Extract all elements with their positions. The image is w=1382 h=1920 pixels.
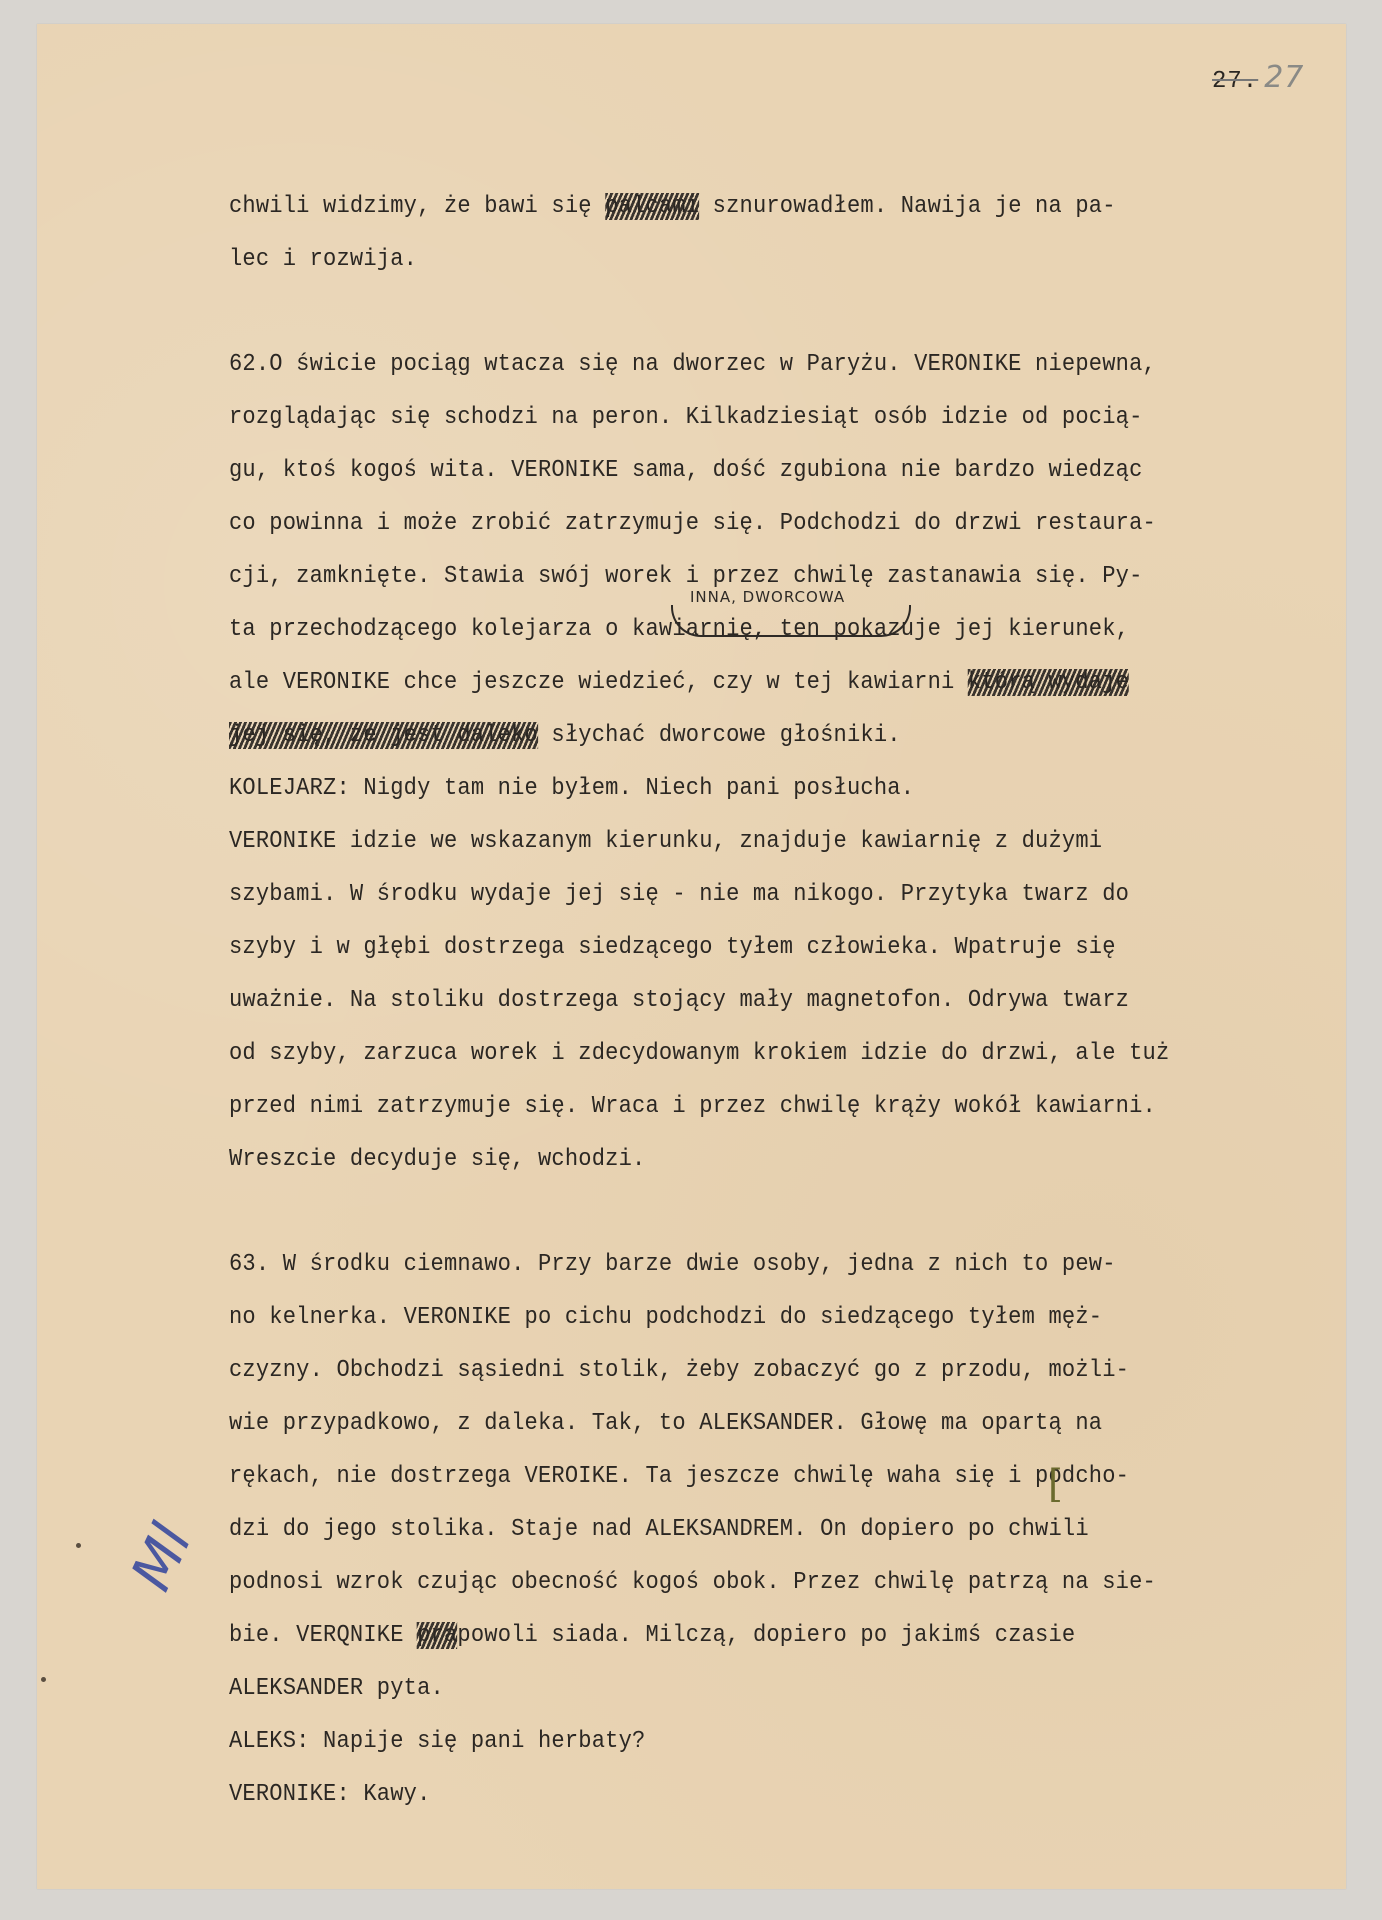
text-line: szyby i w głębi dostrzega siedzącego tył… xyxy=(229,933,1116,963)
page-number-typed: 27. xyxy=(1212,68,1258,95)
text-segment: uważnie. Na stoliku dostrzega stojący ma… xyxy=(229,987,1129,1014)
text-segment: 62.O świcie pociąg wtacza się na dworzec… xyxy=(229,351,1156,378)
text-segment: 63. W środku ciemnawo. Przy barze dwie o… xyxy=(229,1251,1116,1278)
text-segment: chwili widzimy, że bawi się xyxy=(229,193,605,220)
text-segment: co powinna i może zrobić zatrzymuje się.… xyxy=(229,510,1156,537)
text-line: wie przypadkowo, z daleka. Tak, to ALEKS… xyxy=(229,1409,1102,1439)
text-line: rozglądając się schodzi na peron. Kilkad… xyxy=(229,403,1143,433)
text-segment: ale VERONIKE chce jeszcze wiedzieć, czy … xyxy=(229,669,968,696)
text-line: 62.O świcie pociąg wtacza się na dworzec… xyxy=(229,350,1156,380)
page-number: 27.27 xyxy=(1212,60,1304,95)
text-line: 63. W środku ciemnawo. Przy barze dwie o… xyxy=(229,1250,1116,1280)
text-line: co powinna i może zrobić zatrzymuje się.… xyxy=(229,509,1156,539)
text-segment: sznurowadłem. Nawija je na pa- xyxy=(699,193,1115,220)
struck-through-text: którą wydaje xyxy=(968,669,1129,696)
struck-through-text: pra xyxy=(417,1622,457,1649)
text-segment: podnosi wzrok czując obecność kogoś obok… xyxy=(229,1569,1156,1596)
text-segment: VERONIKE: Kawy. xyxy=(229,1781,431,1808)
text-segment: powoli siada. Milczą, dopiero po jakimś … xyxy=(457,1622,1075,1649)
text-line: jej się, że jest daleko słychać dworcowe… xyxy=(229,721,901,751)
page-number-handwritten: 27 xyxy=(1264,60,1304,95)
struck-through-text: palcami xyxy=(605,193,699,220)
correction-mark: [ xyxy=(1048,1462,1063,1506)
text-line: szybami. W środku wydaje jej się - nie m… xyxy=(229,880,1129,910)
text-segment: wie przypadkowo, z daleka. Tak, to ALEKS… xyxy=(229,1410,1102,1437)
text-line: VERONIKE: Kawy. xyxy=(229,1780,431,1810)
text-segment: rozglądając się schodzi na peron. Kilkad… xyxy=(229,404,1143,431)
text-line: rękach, nie dostrzega VEROIKE. Ta jeszcz… xyxy=(229,1462,1129,1492)
text-segment: od szyby, zarzuca worek i zdecydowanym k… xyxy=(229,1040,1169,1067)
text-segment: bie. VERQNIKE xyxy=(229,1622,417,1649)
text-line: od szyby, zarzuca worek i zdecydowanym k… xyxy=(229,1039,1169,1069)
text-line: czyzny. Obchodzi sąsiedni stolik, żeby z… xyxy=(229,1356,1129,1386)
text-segment: VERONIKE idzie we wskazanym kierunku, zn… xyxy=(229,828,1102,855)
text-line: podnosi wzrok czując obecność kogoś obok… xyxy=(229,1568,1156,1598)
text-line: KOLEJARZ: Nigdy tam nie byłem. Niech pan… xyxy=(229,774,914,804)
text-line: no kelnerka. VERONIKE po cichu podchodzi… xyxy=(229,1303,1102,1333)
text-segment: ALEKSANDER pyta. xyxy=(229,1675,444,1702)
text-segment: gu, ktoś kogoś wita. VERONIKE sama, dość… xyxy=(229,457,1143,484)
text-line: przed nimi zatrzymuje się. Wraca i przez… xyxy=(229,1092,1156,1122)
text-line: bie. VERQNIKE prapowoli siada. Milczą, d… xyxy=(229,1621,1075,1651)
text-segment: przed nimi zatrzymuje się. Wraca i przez… xyxy=(229,1093,1156,1120)
text-line: ALEKSANDER pyta. xyxy=(229,1674,444,1704)
text-segment: rękach, nie dostrzega VEROIKE. Ta jeszcz… xyxy=(229,1463,1129,1490)
text-line: chwili widzimy, że bawi się palcami sznu… xyxy=(229,192,1116,222)
text-segment: Wreszcie decyduje się, wchodzi. xyxy=(229,1146,645,1173)
struck-through-text: jej się, że jest daleko xyxy=(229,722,538,749)
text-segment: dzi do jego stolika. Staje nad ALEKSANDR… xyxy=(229,1516,1089,1543)
text-segment: czyzny. Obchodzi sąsiedni stolik, żeby z… xyxy=(229,1357,1129,1384)
text-line: cji, zamknięte. Stawia swój worek i prze… xyxy=(229,562,1143,592)
text-segment: no kelnerka. VERONIKE po cichu podchodzi… xyxy=(229,1304,1102,1331)
text-line: lec i rozwija. xyxy=(229,245,417,275)
text-line: dzi do jego stolika. Staje nad ALEKSANDR… xyxy=(229,1515,1089,1545)
text-line: VERONIKE idzie we wskazanym kierunku, zn… xyxy=(229,827,1102,857)
text-line: gu, ktoś kogoś wita. VERONIKE sama, dość… xyxy=(229,456,1143,486)
paper-speck xyxy=(41,1677,46,1682)
handwritten-insertion: INNA, DWORCOWA xyxy=(690,588,845,606)
text-segment: słychać dworcowe głośniki. xyxy=(538,722,901,749)
text-line: ALEKS: Napije się pani herbaty? xyxy=(229,1727,645,1757)
text-segment: szyby i w głębi dostrzega siedzącego tył… xyxy=(229,934,1116,961)
text-segment: cji, zamknięte. Stawia swój worek i prze… xyxy=(229,563,1143,590)
text-line: ale VERONIKE chce jeszcze wiedzieć, czy … xyxy=(229,668,1129,698)
paper-speck xyxy=(76,1543,81,1548)
insertion-mark xyxy=(671,605,911,637)
text-segment: szybami. W środku wydaje jej się - nie m… xyxy=(229,881,1129,908)
text-segment: lec i rozwija. xyxy=(229,246,417,273)
text-line: uważnie. Na stoliku dostrzega stojący ma… xyxy=(229,986,1129,1016)
text-segment: ALEKS: Napije się pani herbaty? xyxy=(229,1728,645,1755)
text-line: Wreszcie decyduje się, wchodzi. xyxy=(229,1145,645,1175)
text-segment: KOLEJARZ: Nigdy tam nie byłem. Niech pan… xyxy=(229,775,914,802)
